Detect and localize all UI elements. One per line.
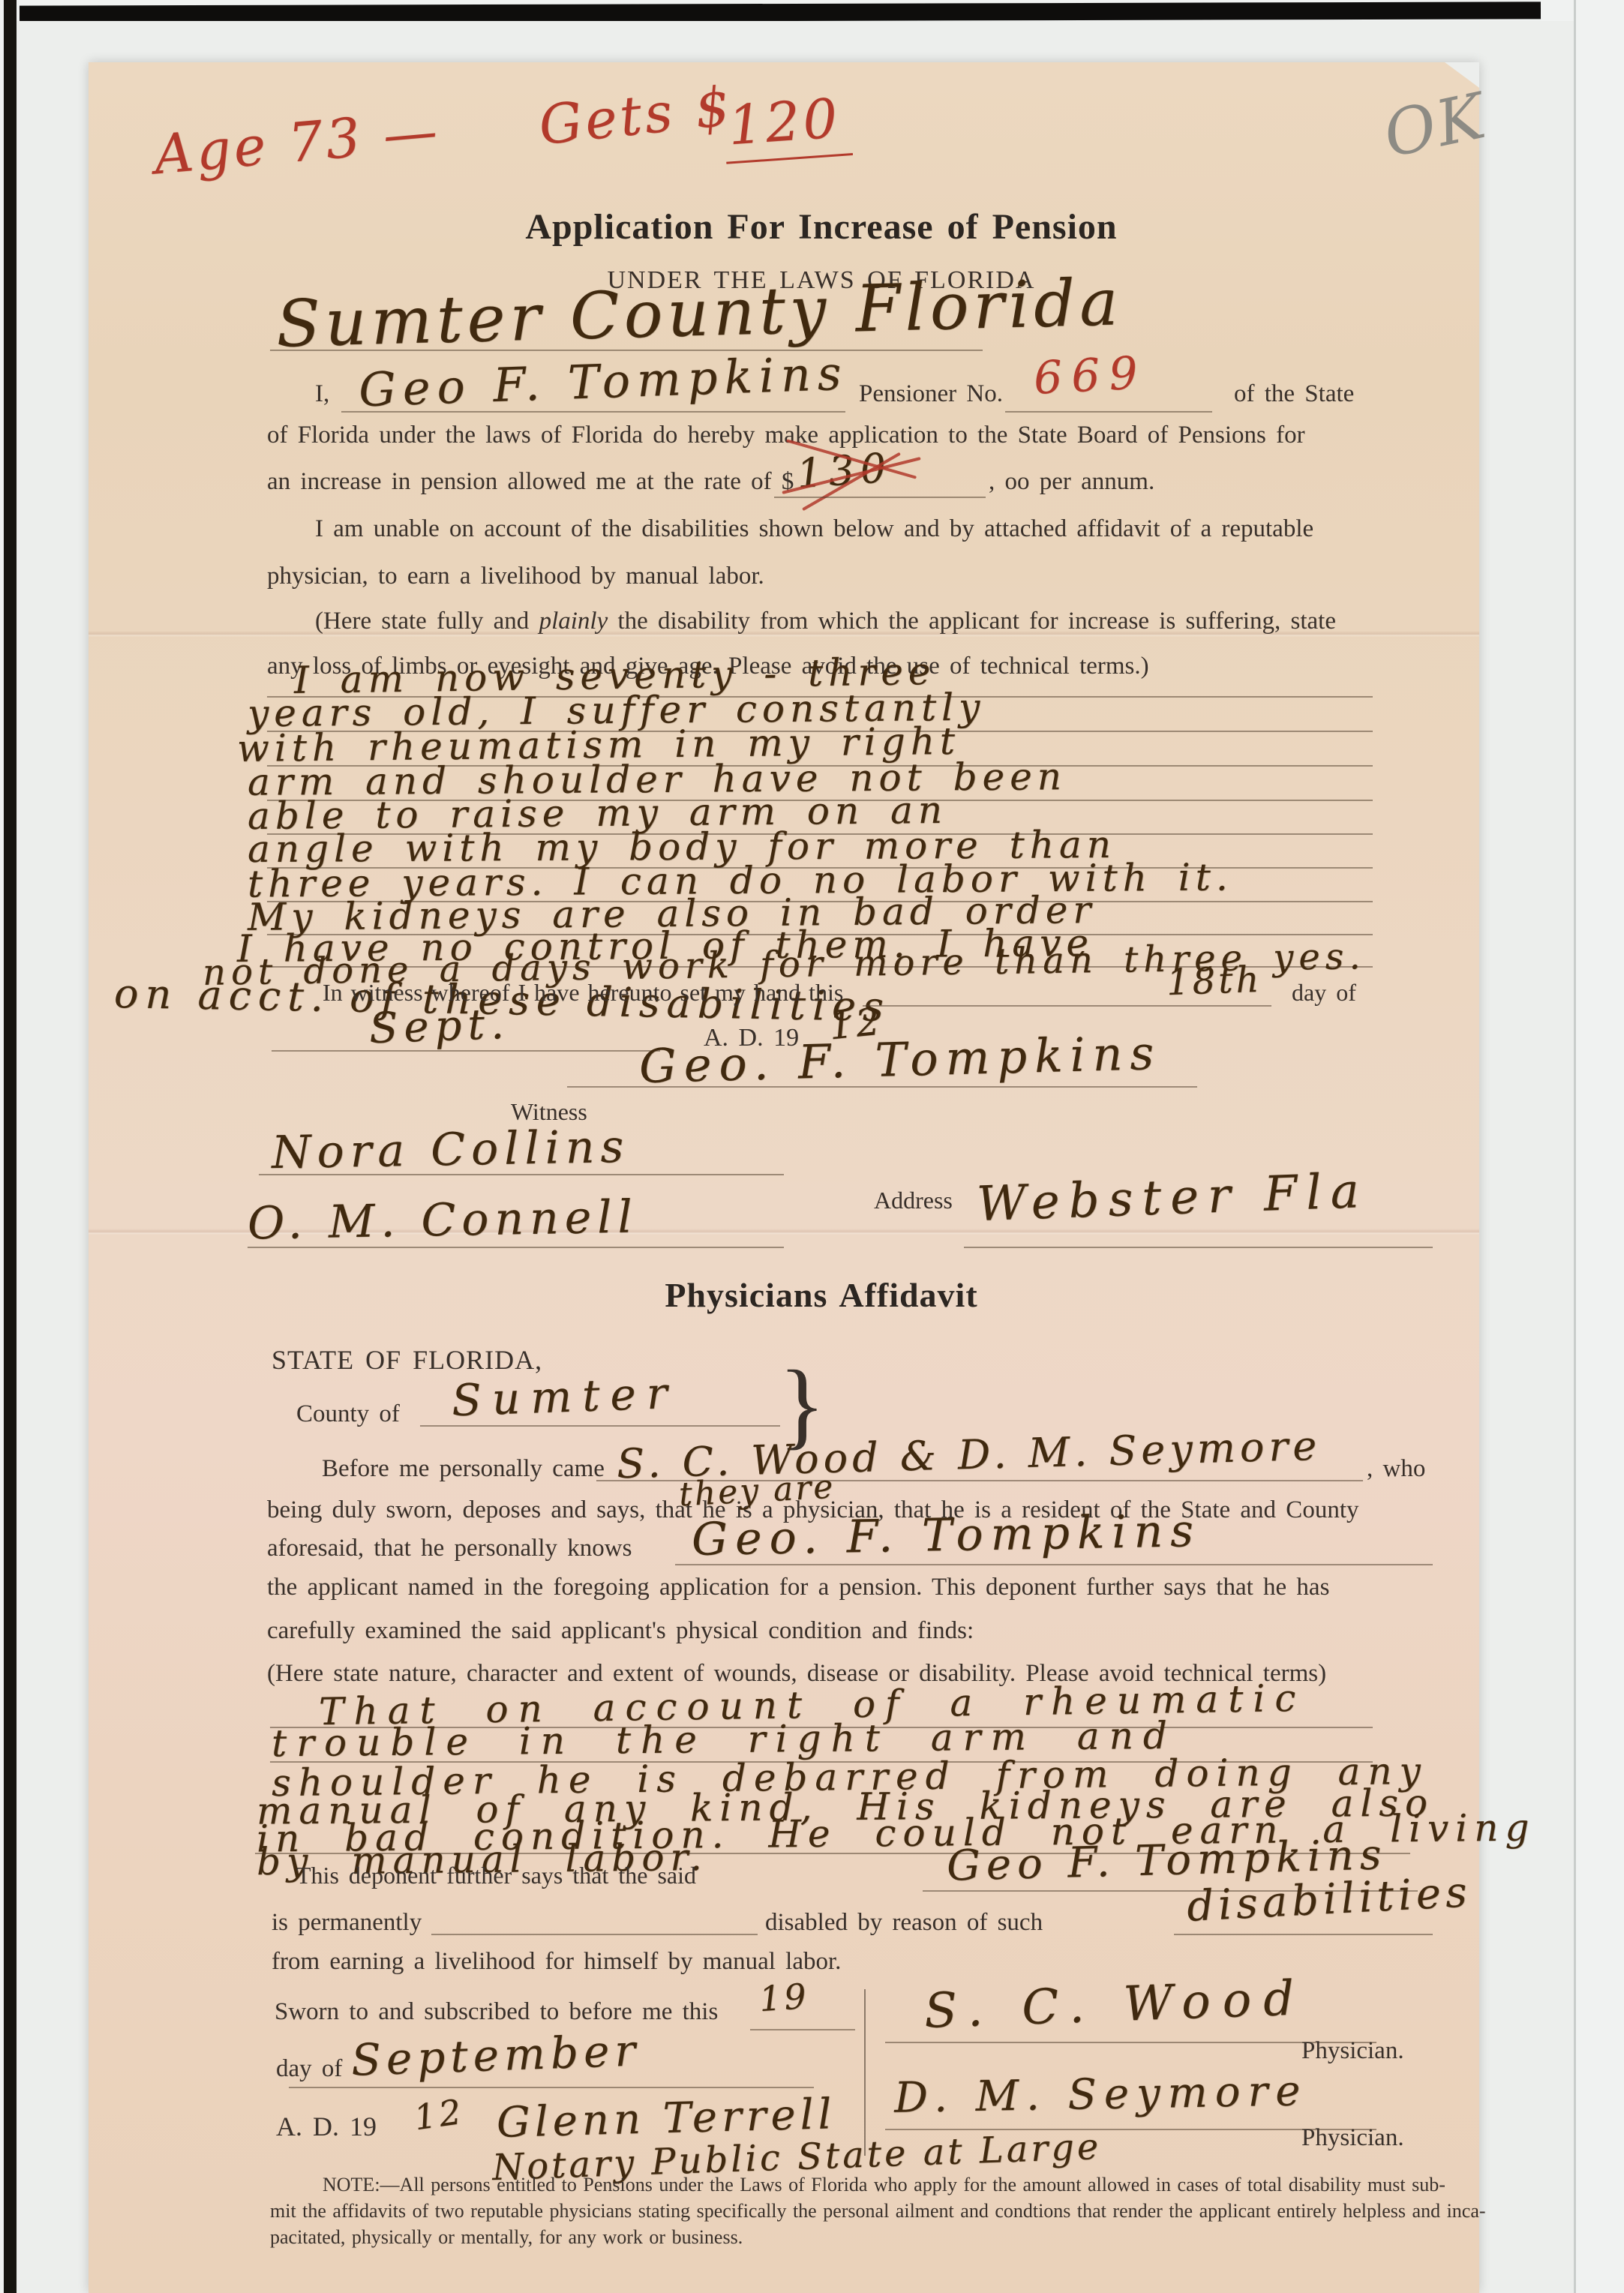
sworn-before-me-label: Sworn to and subscribed to before me thi… [275, 1998, 718, 2026]
ruled-line [964, 1247, 1433, 1248]
state-of-florida-line: STATE OF FLORIDA, [272, 1344, 542, 1376]
who-label: , who [1367, 1455, 1425, 1483]
pensioner-no-label: Pensioner No. [859, 380, 1003, 408]
ruled-line [289, 2087, 814, 2088]
sworn-day-handwritten: 19 [758, 1976, 810, 2020]
witness-signature-2: O. M. Connell [247, 1190, 638, 1250]
disability-hint-line1: (Here state fully and plainly the disabi… [315, 608, 1336, 635]
rate-amount-crossed: 130 [795, 444, 893, 498]
of-the-state-label: of the State [1234, 380, 1354, 408]
ruled-line [341, 411, 845, 413]
ruled-line [270, 350, 983, 351]
day-of-label: day of [1292, 979, 1356, 1007]
closing-line: from earning a livelihood for himself by… [272, 1948, 841, 1976]
sworn-ad-label: A. D. 19 [276, 2111, 377, 2142]
ruled-line [431, 1934, 758, 1935]
ruled-line [420, 1425, 780, 1427]
ruled-line [259, 1174, 784, 1175]
pensioner-no-value: 669 [1032, 347, 1148, 405]
sworn-ad-year: 12 [412, 2091, 467, 2138]
divider-line [864, 1989, 866, 2156]
application-body-line: of Florida under the laws of Florida do … [267, 422, 1305, 449]
affidavit-title: Physicians Affidavit [267, 1275, 1376, 1315]
hint-pre: (Here state fully and [315, 608, 539, 635]
ruled-line [567, 1086, 1197, 1088]
insertion-they-are: they are [678, 1468, 836, 1514]
physician-1-label: Physician. [1301, 2037, 1404, 2065]
note-line-2: mit the affidavits of two reputable phys… [270, 2200, 1486, 2222]
witness-clause-month: Sept. [368, 1000, 511, 1054]
ruled-line [774, 497, 986, 498]
scanner-edge-left [4, 0, 17, 2293]
witness-signature-1: Nora Collins [271, 1121, 629, 1179]
ruled-line [1174, 1934, 1433, 1935]
sworn-month-handwritten: September [350, 2024, 641, 2085]
rate-line-post: , oo per annum. [989, 468, 1154, 496]
ruled-line [272, 1050, 660, 1052]
address-label: Address [874, 1187, 953, 1214]
hint-post: the disability from which the applicant … [608, 608, 1336, 635]
i-label: I, [315, 380, 329, 408]
deponent-said-label: This deponent further says that the said [296, 1862, 696, 1889]
form-title: Application For Increase of Pension [267, 206, 1376, 248]
ruled-line [675, 1564, 1433, 1565]
physician-2-signature: D. M. Seymore [893, 2066, 1307, 2123]
county-value-handwritten: Sumter [451, 1367, 679, 1426]
ruled-line [750, 2029, 855, 2030]
physician-2-label: Physician. [1301, 2124, 1404, 2152]
applicant-named-line: the applicant named in the foregoing app… [267, 1574, 1329, 1601]
knows-label: aforesaid, that he personally knows [267, 1535, 632, 1562]
knows-value-handwritten: Geo. F. Tompkins [691, 1505, 1201, 1566]
witness-clause-day: 18th [1166, 959, 1262, 1004]
hint-emphasis: plainly [539, 608, 608, 635]
before-me-label: Before me personally came [322, 1455, 605, 1483]
carefully-examined-line: carefully examined the said applicant's … [267, 1617, 974, 1645]
disabled-by-reason-label: disabled by reason of such [765, 1909, 1043, 1937]
ruled-line [248, 1247, 784, 1248]
witness-clause-text: In witness whereof I have hereunto set m… [323, 979, 843, 1007]
note-line-1: NOTE:—All persons entitled to Pensions u… [323, 2174, 1445, 2196]
ruled-line [1005, 411, 1212, 413]
gets-annotation-amount: 120 [722, 86, 854, 164]
permanently-label: is permanently [272, 1909, 422, 1937]
rate-line-pre: an increase in pension allowed me at the… [267, 468, 794, 496]
county-of-label: County of [296, 1400, 400, 1428]
note-line-3: pacitated, physically or mentally, for a… [270, 2226, 743, 2249]
scanner-edge-top [20, 2, 1541, 23]
sworn-day-of-label: day of [276, 2055, 342, 2083]
unable-paragraph-line2: physician, to earn a livelihood by manua… [267, 563, 764, 590]
ruled-line [863, 1005, 1271, 1007]
scan-seam-line [1574, 0, 1576, 2293]
unable-paragraph-line1: I am unable on account of the disabiliti… [315, 515, 1313, 543]
